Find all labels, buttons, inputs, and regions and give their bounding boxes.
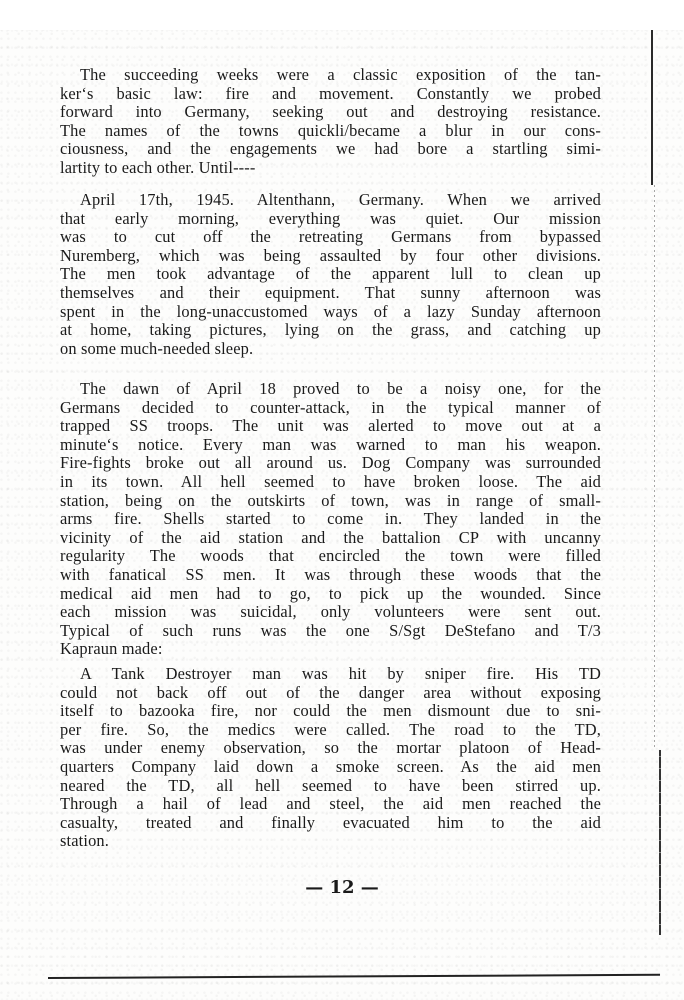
text-line: was under enemy observation, so the mort… (60, 739, 601, 758)
text-line: station, being on the outskirts of town,… (60, 492, 601, 511)
text-line: with fanatical SS men. It was through th… (60, 566, 601, 585)
text-line: per fire. So, the medics were called. Th… (60, 721, 601, 740)
right-edge-rule-lower (659, 750, 661, 935)
text-line: each mission was suicidal, only voluntee… (60, 603, 601, 622)
text-line: trapped SS troops. The unit was alerted … (60, 417, 601, 436)
text-line: Kapraun made: (60, 640, 601, 659)
text-line: itself to bazooka fire, nor could the me… (60, 702, 601, 721)
text-line: A Tank Destroyer man was hit by sniper f… (60, 665, 601, 684)
paragraph-4: A Tank Destroyer man was hit by sniper f… (60, 665, 601, 851)
text-line: spent in the long-unaccustomed ways of a… (60, 303, 601, 322)
text-line: The succeeding weeks were a classic expo… (60, 66, 601, 85)
text-line: at home, taking pictures, lying on the g… (60, 321, 601, 340)
text-line: Fire-fights broke out all around us. Dog… (60, 454, 601, 473)
text-line: forward into Germany, seeking out and de… (60, 103, 601, 122)
page-number: — 12 — (0, 877, 684, 898)
text-line: Through a hail of lead and steel, the ai… (60, 795, 601, 814)
text-line: could not back off out of the danger are… (60, 684, 601, 703)
text-line: neared the TD, all hell seemed to have b… (60, 777, 601, 796)
text-line: ker‘s basic law: fire and movement. Cons… (60, 85, 601, 104)
text-line: quarters Company laid down a smoke scree… (60, 758, 601, 777)
text-line: medical aid men had to go, to pick up th… (60, 585, 601, 604)
text-line: April 17th, 1945. Altenthann, Germany. W… (60, 191, 601, 210)
bottom-edge-rule (48, 974, 660, 979)
text-line: in its town. All hell seemed to have bro… (60, 473, 601, 492)
paragraph-1: The succeeding weeks were a classic expo… (60, 66, 601, 178)
text-line: lartity to each other. Until---- (60, 159, 601, 178)
text-line: arms fire. Shells started to come in. Th… (60, 510, 601, 529)
text-line: themselves and their equipment. That sun… (60, 284, 601, 303)
text-line: casualty, treated and finally evacuated … (60, 814, 601, 833)
text-line: regularity The woods that encircled the … (60, 547, 601, 566)
text-line: vicinity of the aid station and the batt… (60, 529, 601, 548)
text-line: on some much-needed sleep. (60, 340, 601, 359)
right-edge-rule-faint (654, 185, 655, 750)
text-line: that early morning, everything was quiet… (60, 210, 601, 229)
text-line: minute‘s notice. Every man was warned to… (60, 436, 601, 455)
text-line: The names of the towns quickli/became a … (60, 122, 601, 141)
text-line: The men took advantage of the apparent l… (60, 265, 601, 284)
text-line: Nuremberg, which was being assaulted by … (60, 247, 601, 266)
right-edge-rule-upper (651, 30, 653, 185)
text-line: The dawn of April 18 proved to be a nois… (60, 380, 601, 399)
paragraph-2: April 17th, 1945. Altenthann, Germany. W… (60, 191, 601, 358)
scanned-page: The succeeding weeks were a classic expo… (0, 0, 684, 1000)
text-line: Germans decided to counter-attack, in th… (60, 399, 601, 418)
paragraph-3: The dawn of April 18 proved to be a nois… (60, 380, 601, 659)
text-line: was to cut off the retreating Germans fr… (60, 228, 601, 247)
text-line: Typical of such runs was the one S/Sgt D… (60, 622, 601, 641)
text-line: ciousness, and the engagements we had bo… (60, 140, 601, 159)
text-line: station. (60, 832, 601, 851)
page-top-margin (0, 0, 684, 30)
